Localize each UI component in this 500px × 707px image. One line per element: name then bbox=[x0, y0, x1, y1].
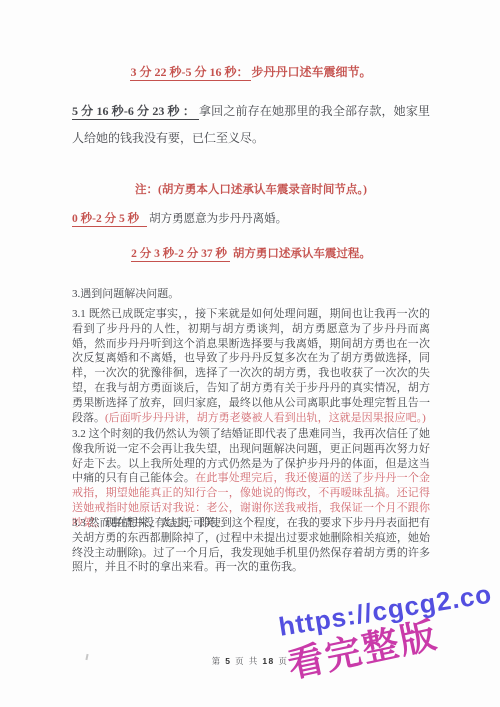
paragraph-3-1-red-note: (后面听步丹丹讲，胡方勇老婆被人看到出轨，这就是因果报应吧。) bbox=[105, 412, 426, 424]
footer-total-pages: 18 bbox=[262, 656, 274, 666]
heading-detail-time-range: 3 分 22 秒-5 分 16 秒： bbox=[130, 65, 251, 81]
paragraph-3-1-main: 3.1 既然已成既定事实，，接下来就是如何处理问题，期间也让我再一次的看到了步丹… bbox=[72, 308, 430, 424]
heading-confession-timestamp: 2 分 3 秒-2 分 37 秒 胡方勇口述承认车震过程。 bbox=[72, 246, 430, 262]
line-divorce-time-range: 0 秒-2 分 5 秒 bbox=[72, 213, 147, 227]
footer-suffix: 页 bbox=[278, 656, 288, 666]
page-footer: 第 5 页 共 18 页 bbox=[0, 655, 500, 667]
heading-confession-title: 胡方勇口述承认车震过程。 bbox=[233, 248, 371, 260]
line-divorce-body: 胡方勇愿意为步丹丹离婚。 bbox=[149, 213, 287, 225]
heading-detail-timestamp: 3 分 22 秒-5 分 16 秒：步丹丹口述车震细节。 bbox=[72, 64, 430, 80]
paragraph-deposit-time-range: 5 分 16 秒-6 分 23 秒 ： bbox=[72, 104, 199, 120]
paragraph-3-1: 3.1 既然已成既定事实，，接下来就是如何处理问题，期间也让我再一次的看到了步丹… bbox=[72, 307, 430, 425]
heading-detail-title: 步丹丹口述车震细节。 bbox=[251, 65, 371, 79]
paragraph-deposit: 5 分 16 秒-6 分 23 秒 ：拿回之前存在她那里的我全部存款，她家里人给… bbox=[72, 98, 430, 152]
footer-current-page: 5 bbox=[225, 656, 231, 666]
paragraph-3-3: 3.3 然而事情并没有结束，即使到这个程度，在我的要求下步丹丹表面把有关胡方勇的… bbox=[72, 516, 430, 575]
section-3-heading: 3.遇到问题解决问题。 bbox=[72, 287, 430, 302]
document-page: 3 分 22 秒-5 分 16 秒：步丹丹口述车震细节。 5 分 16 秒-6 … bbox=[0, 0, 500, 707]
line-divorce-willing: 0 秒-2 分 5 秒胡方勇愿意为步丹丹离婚。 bbox=[72, 211, 430, 227]
footer-middle: 页 共 bbox=[235, 656, 259, 666]
note-recording-timenodes: 注：(胡方勇本人口述承认车震录音时间节点。) bbox=[72, 182, 430, 198]
footer-prefix: 第 bbox=[212, 656, 222, 666]
heading-confession-time-range: 2 分 3 秒-2 分 37 秒 bbox=[131, 248, 230, 262]
